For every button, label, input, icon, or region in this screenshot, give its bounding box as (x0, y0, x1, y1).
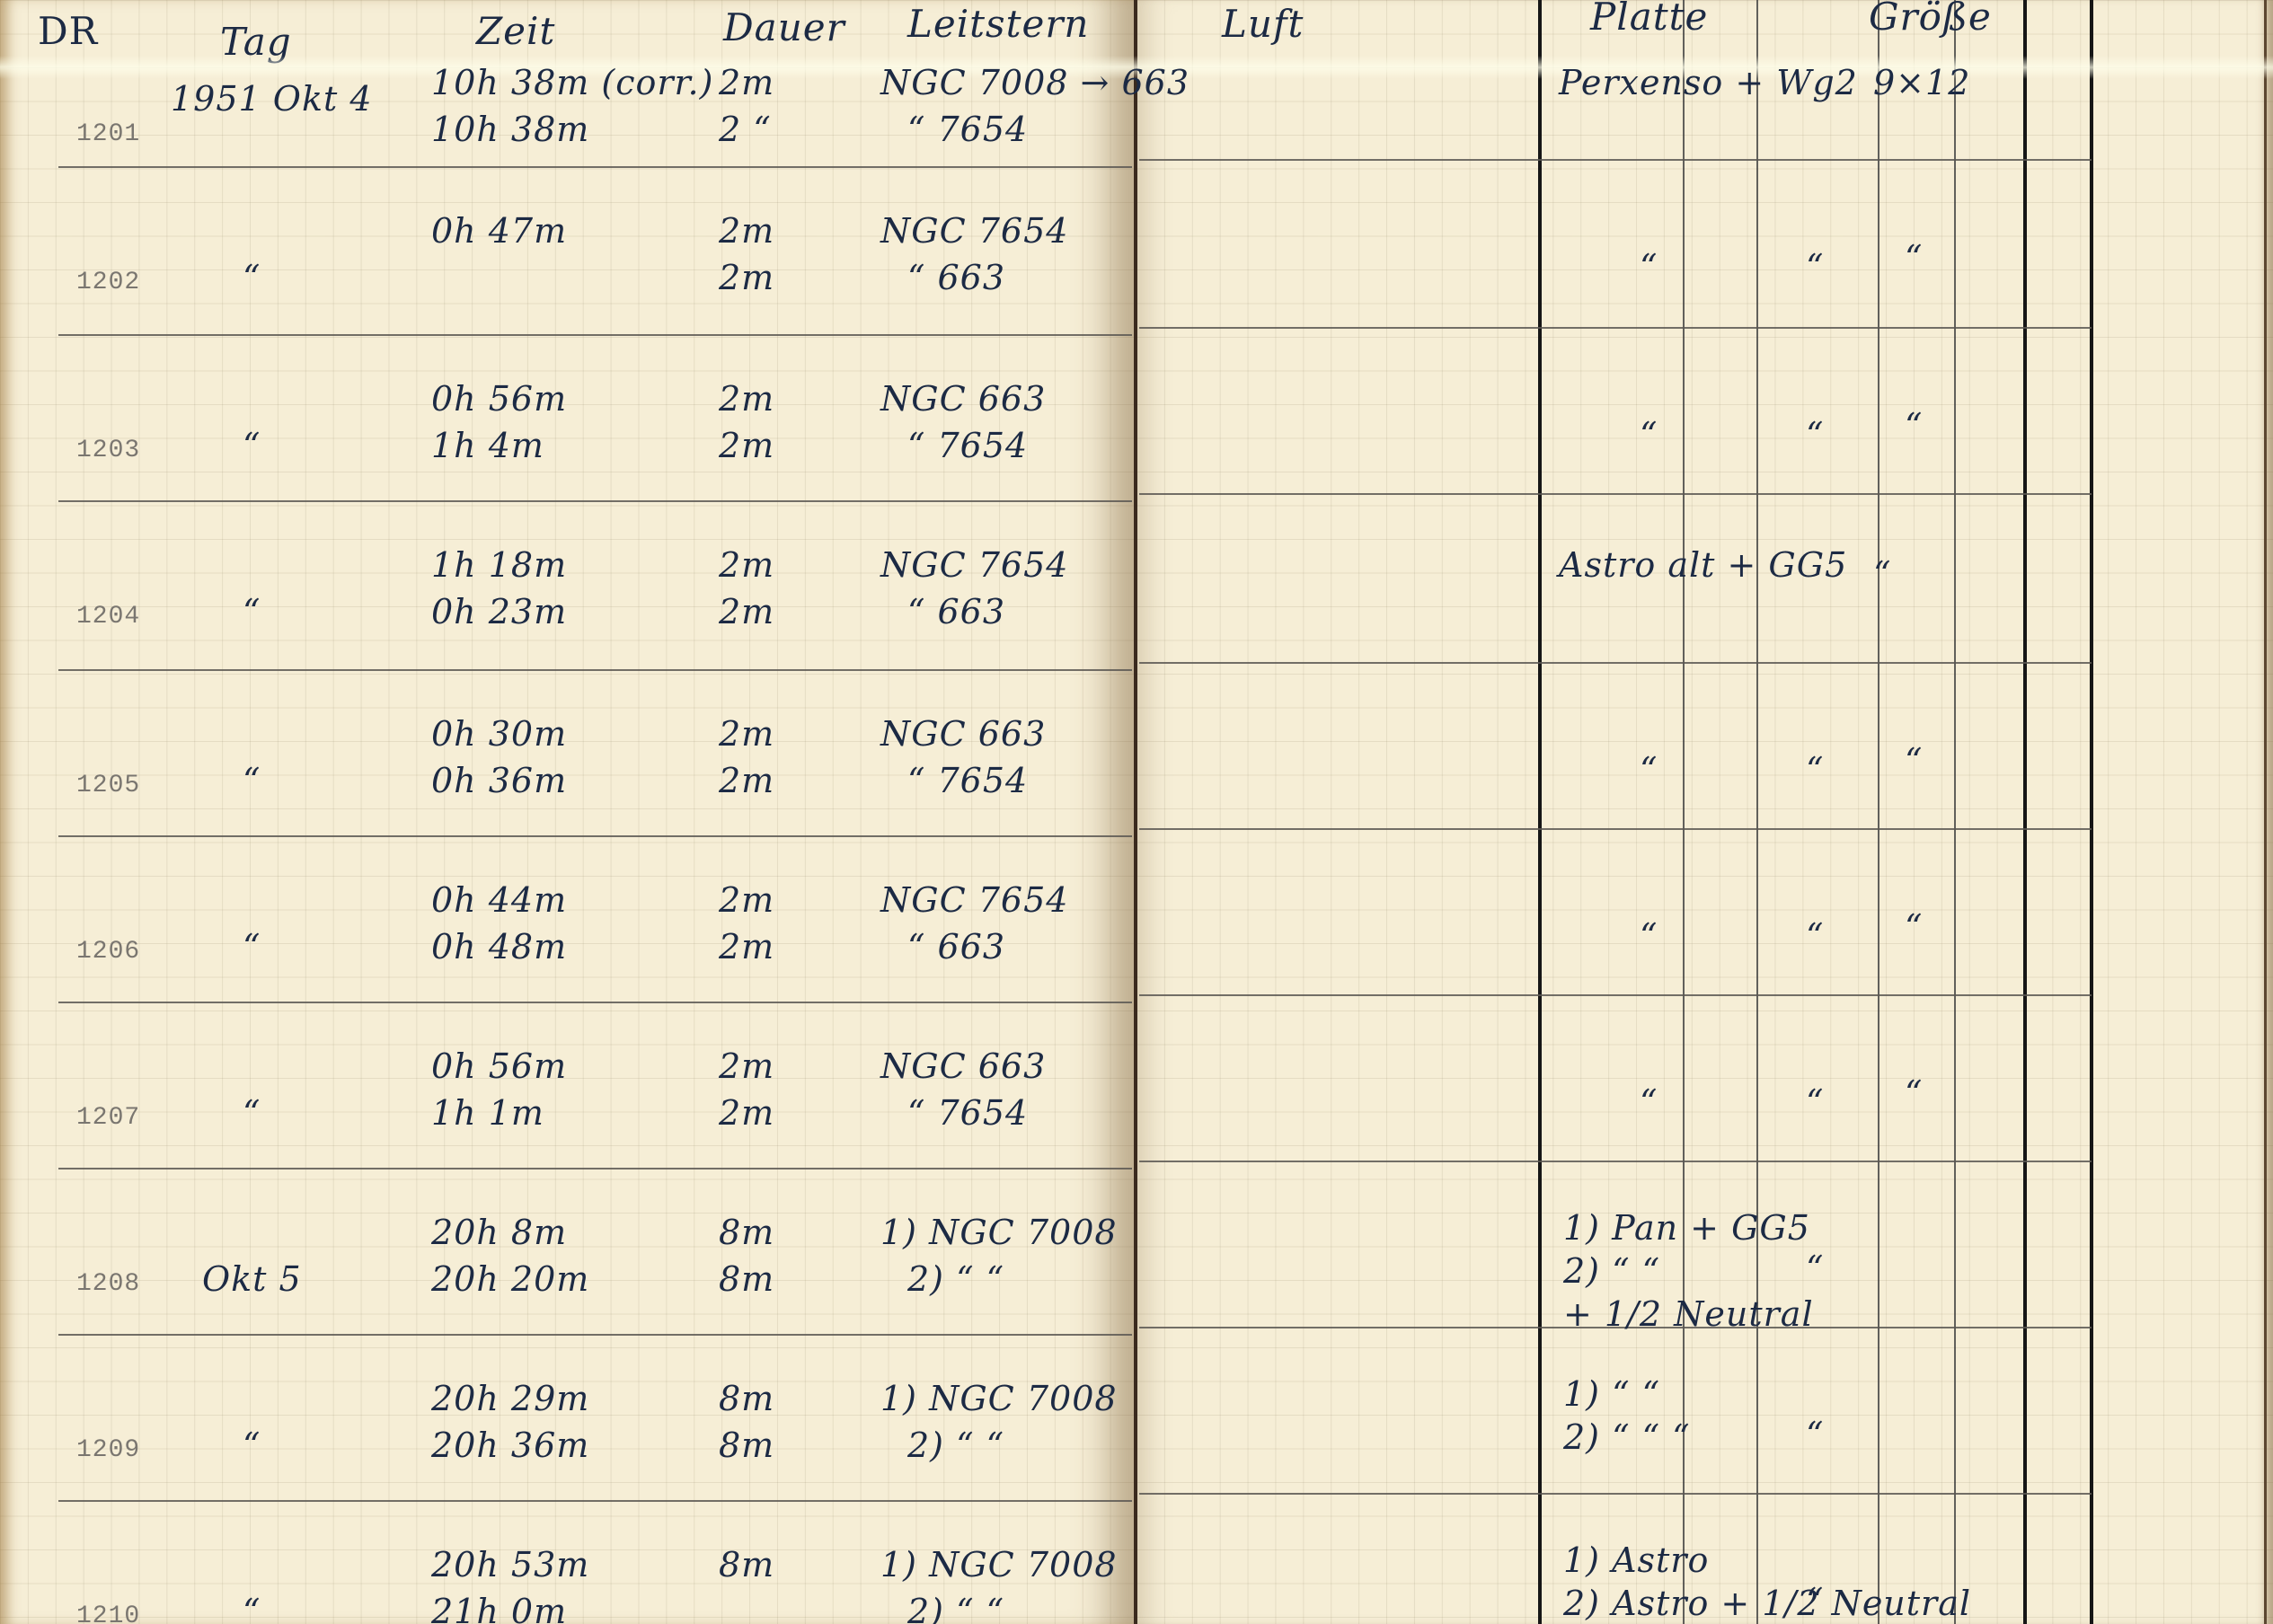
platte-cell: 1) “ “ (1563, 1374, 1660, 1414)
platte-cell: 2) “ “ “ (1563, 1417, 1691, 1457)
zeit-cell: 0h 36m (431, 761, 567, 800)
header-dauer: Dauer (723, 5, 845, 49)
header-leitstern: Leitstern (907, 2, 1089, 46)
extra-cell: “ (1905, 907, 1923, 947)
dauer-cell: 2m (719, 1046, 774, 1086)
leitstern-cell: 1) NGC 7008 (880, 1545, 1118, 1584)
zeit-cell: 10h 38m (corr.) (431, 63, 713, 102)
zeit-cell: 0h 56m (431, 379, 567, 419)
platte-cell: “ (1640, 415, 1658, 455)
row-number: 1209 (76, 1436, 140, 1464)
header-platte: Platte (1590, 0, 1708, 39)
zeit-cell: 20h 8m (431, 1213, 567, 1252)
tag-cell: “ (243, 761, 261, 800)
leitstern-cell: NGC 663 (880, 379, 1046, 419)
zeit-cell: 0h 48m (431, 927, 567, 966)
column-rule (1756, 0, 1758, 1624)
zeit-cell: 0h 30m (431, 714, 567, 754)
platte-cell: “ (1640, 1082, 1658, 1122)
tag-cell: “ (243, 258, 261, 297)
leitstern-cell: 1) NGC 7008 (880, 1213, 1118, 1252)
row-number: 1202 (76, 269, 140, 296)
row-number: 1206 (76, 938, 140, 966)
platte-cell: “ (1640, 750, 1658, 790)
tag-cell: “ (243, 1425, 261, 1465)
leitstern-cell: “ 663 (907, 927, 1005, 966)
dauer-cell: 2m (719, 379, 774, 419)
groesse-cell: “ (1806, 1249, 1824, 1288)
groesse-cell: “ (1806, 1581, 1824, 1620)
row-divider (1139, 159, 2092, 161)
leitstern-cell: “ 7654 (907, 110, 1028, 149)
leitstern-cell: 2) “ “ (907, 1259, 1004, 1299)
platte-cell: 2) “ “ (1563, 1251, 1660, 1291)
groesse-cell: “ (1806, 1082, 1824, 1122)
tag-cell: “ (243, 927, 261, 966)
groesse-cell: “ (1806, 916, 1824, 956)
dauer-cell: 2m (719, 714, 774, 754)
tag-cell: “ (243, 1093, 261, 1133)
groesse-cell: 9×12 (1873, 63, 1970, 102)
dauer-cell: 8m (719, 1545, 774, 1584)
leitstern-cell: “ 7654 (907, 426, 1028, 465)
extra-cell: “ (1905, 406, 1923, 446)
row-number: 1205 (76, 772, 140, 799)
row-number: 1210 (76, 1602, 140, 1624)
row-divider (58, 669, 1132, 671)
platte-cell: 2) Astro + 1/2 Neutral (1563, 1584, 1971, 1623)
dauer-cell: 2m (719, 1093, 774, 1133)
column-rule (1683, 0, 1685, 1624)
row-number: 1201 (76, 120, 140, 148)
leitstern-cell: NGC 663 (880, 714, 1046, 754)
row-divider (58, 1500, 1132, 1502)
header-groesse: Größe (1869, 0, 1992, 39)
groesse-cell: “ (1806, 1415, 1824, 1454)
row-divider (58, 1002, 1132, 1003)
platte-cell: + 1/2 Neutral (1563, 1294, 1814, 1334)
column-rule-platte (1538, 0, 1542, 1624)
column-rule-groesse (1878, 0, 1879, 1624)
row-divider (1139, 828, 2092, 830)
header-luft: Luft (1222, 2, 1304, 46)
row-divider (58, 166, 1132, 168)
platte-cell: Astro alt + GG5 (1559, 545, 1847, 585)
row-divider (58, 334, 1132, 336)
leitstern-cell: 2) “ “ (907, 1592, 1004, 1624)
row-divider (58, 835, 1132, 837)
dauer-cell: 2 “ (719, 110, 772, 149)
dauer-cell: 2m (719, 880, 774, 920)
platte-cell: Perxenso + Wg2 (1559, 63, 1858, 102)
zeit-cell: 20h 53m (431, 1545, 589, 1584)
leitstern-cell: 2) “ “ (907, 1425, 1004, 1465)
leitstern-cell: NGC 7654 (880, 880, 1068, 920)
row-divider (1139, 662, 2092, 664)
dauer-cell: 2m (719, 426, 774, 465)
row-divider (1139, 994, 2092, 996)
groesse-cell: “ (1806, 750, 1824, 790)
dauer-cell: 2m (719, 545, 774, 585)
dauer-cell: 8m (719, 1379, 774, 1418)
zeit-cell: 21h 0m (431, 1592, 567, 1624)
dauer-cell: 8m (719, 1213, 774, 1252)
platte-cell: 1) Astro (1563, 1540, 1709, 1580)
dauer-cell: 2m (719, 761, 774, 800)
row-divider (1139, 1161, 2092, 1162)
tag-cell: 1951 Okt 4 (171, 79, 373, 119)
leitstern-cell: NGC 7008 → 663 (880, 63, 1190, 102)
leitstern-cell: “ 663 (907, 258, 1005, 297)
zeit-cell: 1h 1m (431, 1093, 544, 1133)
platte-cell: “ (1640, 247, 1658, 287)
row-number: 1203 (76, 437, 140, 464)
row-number: 1207 (76, 1104, 140, 1132)
column-rule (1954, 0, 1956, 1624)
row-number: 1208 (76, 1270, 140, 1298)
leitstern-cell: NGC 7654 (880, 211, 1068, 251)
extra-cell: “ (1905, 1073, 1923, 1113)
dauer-cell: 8m (719, 1259, 774, 1299)
zeit-cell: 0h 23m (431, 592, 567, 631)
groesse-cell: “ (1806, 247, 1824, 287)
row-divider (58, 1168, 1132, 1169)
platte-cell: “ (1640, 916, 1658, 956)
zeit-cell: 0h 56m (431, 1046, 567, 1086)
right-page (1136, 0, 2273, 1624)
leitstern-cell: “ 7654 (907, 761, 1028, 800)
dauer-cell: 2m (719, 927, 774, 966)
zeit-cell: 20h 20m (431, 1259, 589, 1299)
zeit-cell: 10h 38m (431, 110, 589, 149)
platte-cell: 1) Pan + GG5 (1563, 1208, 1810, 1248)
zeit-cell: 1h 4m (431, 426, 544, 465)
dauer-cell: 2m (719, 592, 774, 631)
page-edge (2264, 0, 2267, 1624)
zeit-cell: 0h 47m (431, 211, 567, 251)
tag-cell: Okt 5 (202, 1259, 302, 1299)
groesse-cell: “ (1806, 415, 1824, 455)
row-divider (58, 1334, 1132, 1336)
column-rule (2023, 0, 2027, 1624)
column-rule (2090, 0, 2093, 1624)
row-divider (58, 500, 1132, 502)
zeit-cell: 20h 29m (431, 1379, 589, 1418)
groesse-cell: “ (1873, 554, 1891, 594)
leitstern-cell: 1) NGC 7008 (880, 1379, 1118, 1418)
row-divider (1139, 493, 2092, 495)
extra-cell: “ (1905, 741, 1923, 781)
header-dr: DR (38, 9, 98, 53)
leitstern-cell: “ 7654 (907, 1093, 1028, 1133)
dauer-cell: 2m (719, 63, 774, 102)
row-divider (1139, 1493, 2092, 1495)
row-number: 1204 (76, 603, 140, 631)
tag-cell: “ (243, 592, 261, 631)
header-zeit: Zeit (476, 9, 555, 53)
dauer-cell: 2m (719, 258, 774, 297)
tag-cell: “ (243, 1592, 261, 1624)
tag-cell: “ (243, 426, 261, 465)
header-tag: Tag (220, 20, 292, 64)
leitstern-cell: NGC 663 (880, 1046, 1046, 1086)
zeit-cell: 20h 36m (431, 1425, 589, 1465)
dauer-cell: 8m (719, 1425, 774, 1465)
leitstern-cell: NGC 7654 (880, 545, 1068, 585)
zeit-cell: 1h 18m (431, 545, 567, 585)
extra-cell: “ (1905, 238, 1923, 278)
leitstern-cell: “ 663 (907, 592, 1005, 631)
zeit-cell: 0h 44m (431, 880, 567, 920)
row-divider (1139, 327, 2092, 329)
dauer-cell: 2m (719, 211, 774, 251)
book-spine (1134, 0, 1137, 1624)
